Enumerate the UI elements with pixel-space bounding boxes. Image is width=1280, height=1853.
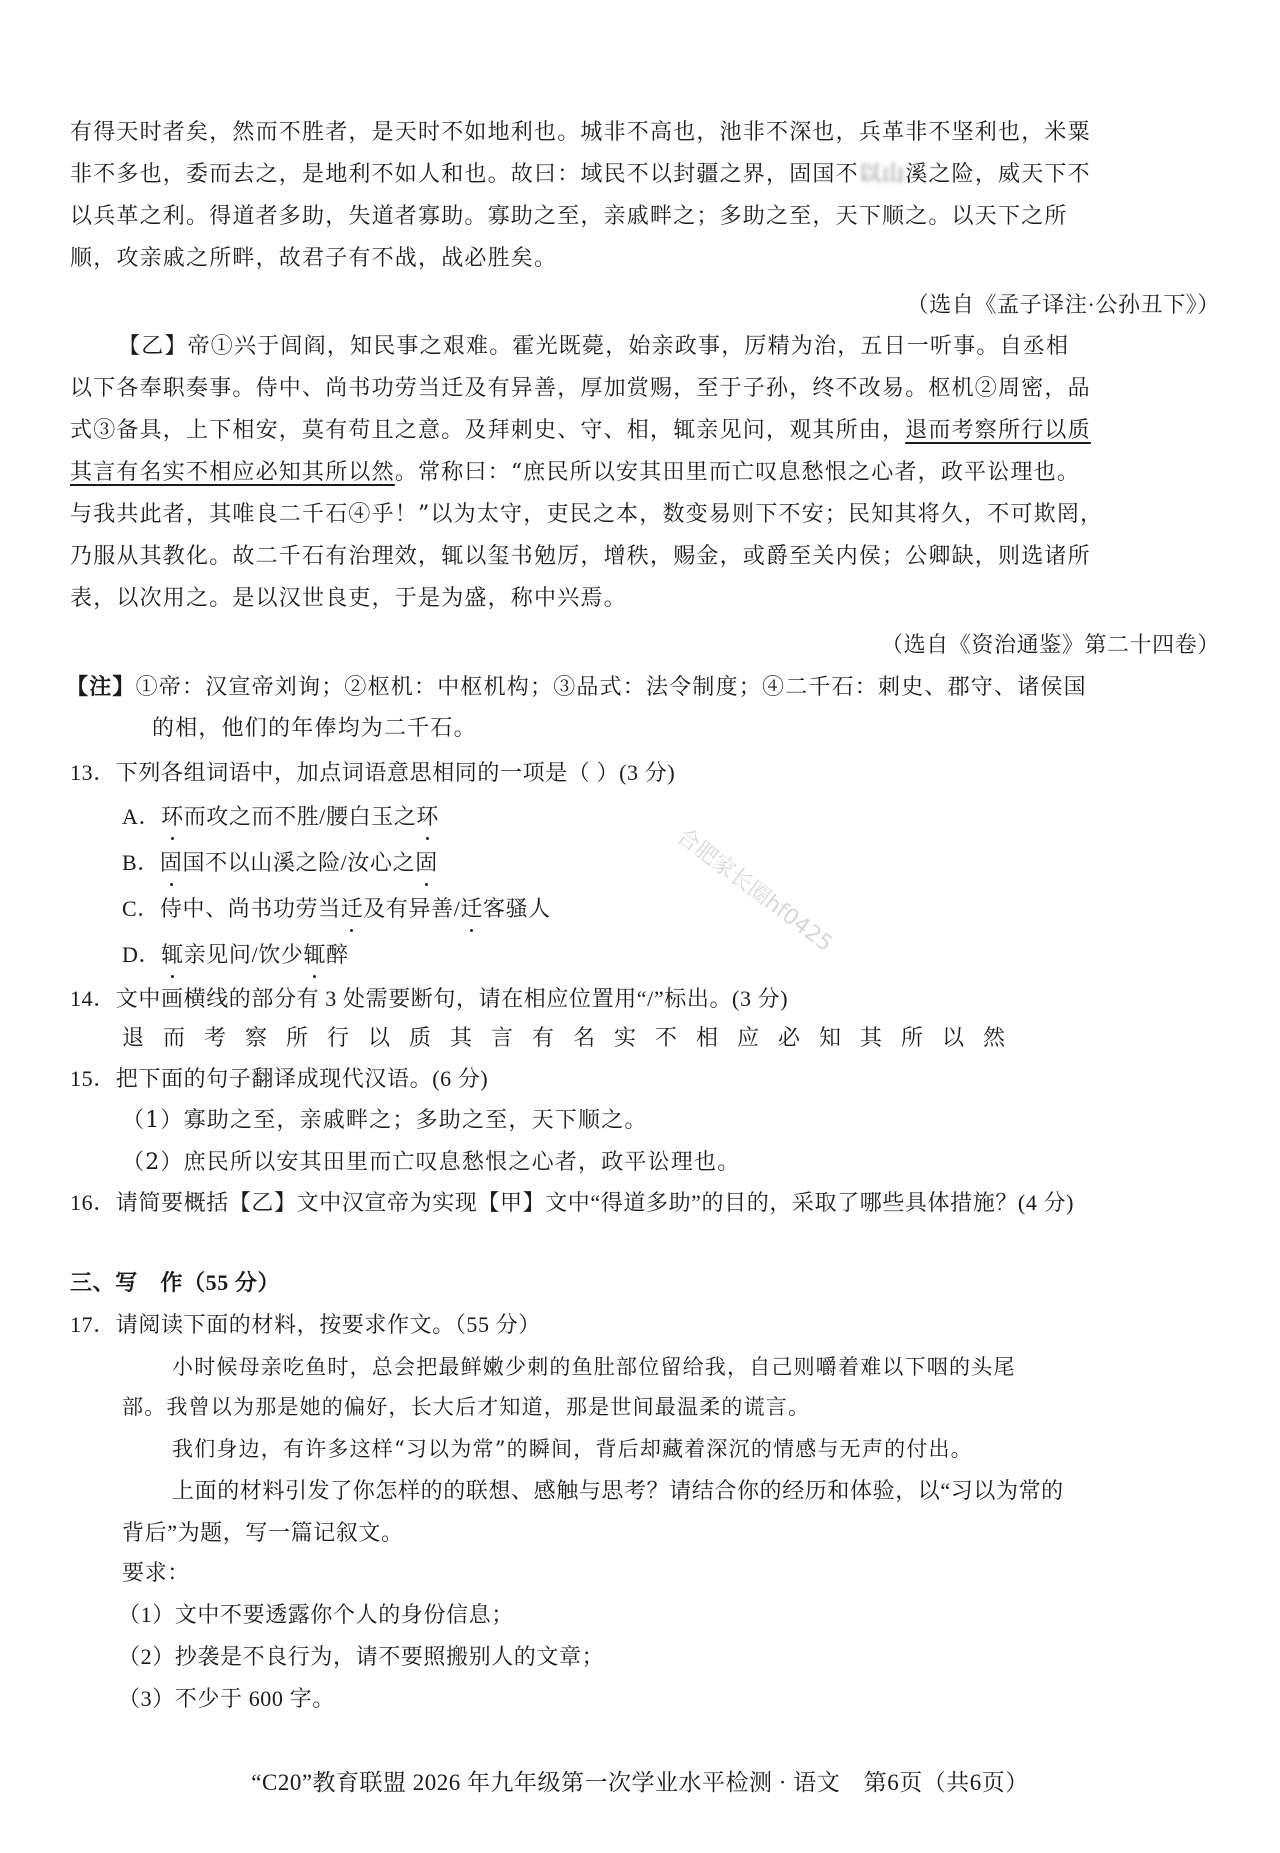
passage-yi-line-5: 与我共此者，其唯良二千石④乎！”以为太守，吏民之本，数变易则下不安；民知其将久，… bbox=[70, 500, 1220, 530]
passage-yi-line-7: 表，以次用之。是以汉世良吏，于是为盛，称中兴焉。 bbox=[70, 584, 1220, 614]
passage-yi-line-1: 【乙】帝①兴于闾阎，知民事之艰难。霍光既薨，始亲政事，厉精为治，五日一听事。自丞… bbox=[70, 332, 1220, 362]
option-label: C． bbox=[122, 896, 160, 921]
watermark: 合肥家长圈hf0425 bbox=[671, 820, 840, 958]
option-text: 客骚人 bbox=[483, 896, 551, 921]
passage-jia-line-2b: 溪之险，威天下不 bbox=[905, 162, 1091, 187]
dotted-word: 辄 bbox=[161, 940, 184, 970]
option-text: 国不以山溪之险/汝心之 bbox=[182, 850, 415, 875]
dotted-word: 迁 bbox=[460, 894, 483, 924]
q13-option-c: C．侍中、尚书功劳当迁及有异善/迁客骚人 bbox=[122, 894, 1272, 924]
page-footer: “C20”教育联盟 2026 年九年级第一次学业水平检测 · 语文 第6页（共6… bbox=[0, 1768, 1280, 1798]
option-text: 侍中、尚书功劳当 bbox=[160, 896, 341, 921]
q17-requirement-1: （1）文中不要透露你个人的身份信息； bbox=[118, 1600, 1268, 1630]
q17-material-3: 我们身边，有许多这样“习以为常”的瞬间，背后却藏着深沉的情感与无声的付出。 bbox=[172, 1434, 1280, 1464]
passage-yi-line-4: 其言有名实不相应必知其所以然。常称曰：“庶民所以安其田里而亡叹息愁恨之心者，政平… bbox=[70, 458, 1220, 488]
q13-stem: 13．下列各组词语中，加点词语意思相同的一项是（ ）(3 分) bbox=[70, 758, 1220, 788]
passage-jia-line-2: 非不多也，委而去之，是地利不如人和也。故曰：域民不以封疆之界，固国不以山溪之险，… bbox=[70, 160, 1220, 190]
dotted-word: 辄 bbox=[303, 940, 326, 970]
option-label: D． bbox=[122, 942, 161, 967]
notes-line-2: 的相，他们的年俸均为二千石。 bbox=[152, 714, 1280, 744]
passage-jia-line-2a: 非不多也，委而去之，是地利不如人和也。故曰：域民不以封疆之界，固国不 bbox=[70, 162, 859, 187]
q13-option-a: A．环而攻之而不胜/腰白玉之环 bbox=[122, 802, 1272, 832]
q17-material-1: 小时候母亲吃鱼时，总会把最鲜嫩少刺的鱼肚部位留给我，自己则嚼着难以下咽的头尾 bbox=[172, 1352, 1280, 1382]
exam-page: 有得天时者矣，然而不胜者，是天时不如地利也。城非不高也，池非不深也，兵革非不坚利… bbox=[0, 0, 1280, 1853]
q16-stem: 16．请简要概括【乙】文中汉宣帝为实现【甲】文中“得道多助”的目的，采取了哪些具… bbox=[70, 1188, 1220, 1218]
underlined-sentence-part-1: 退而考察所行以质 bbox=[905, 418, 1091, 443]
q17-requirement-2: （2）抄袭是不良行为，请不要照搬别人的文章； bbox=[118, 1642, 1268, 1672]
dotted-word: 环 bbox=[161, 802, 184, 832]
q17-prompt-2: 背后”为题，写一篇记叙文。 bbox=[122, 1518, 1272, 1548]
underlined-sentence-part-2: 其言有名实不相应必知其所以然 bbox=[70, 460, 395, 485]
q15-stem: 15．把下面的句子翻译成现代汉语。(6 分) bbox=[70, 1064, 1220, 1094]
option-text: 亲见问/饮少 bbox=[184, 942, 304, 967]
passage-jia-line-1: 有得天时者矣，然而不胜者，是天时不如地利也。城非不高也，池非不深也，兵革非不坚利… bbox=[70, 118, 1220, 148]
notes-line-1: 【注】①帝：汉宣帝刘询；②枢机：中枢机构；③品式：法令制度；④二千石：刺史、郡守… bbox=[66, 672, 1216, 703]
q13-option-d: D．辄亲见问/饮少辄醉 bbox=[122, 940, 1272, 970]
dotted-word: 固 bbox=[160, 848, 183, 878]
option-text: 醉 bbox=[326, 942, 349, 967]
dotted-word: 迁 bbox=[341, 894, 364, 924]
q17-stem: 17．请阅读下面的材料，按要求作文。（55 分） bbox=[70, 1310, 1220, 1340]
passage-yi-line-2: 以下各奉职奏事。侍中、尚书功劳当迁及有异善，厚加赏赐，至于子孙，终不改易。枢机②… bbox=[70, 374, 1220, 404]
passage-jia-line-4: 顺，攻亲戚之所畔，故君子有不战，战必胜矣。 bbox=[70, 244, 1220, 274]
blurred-text: 以山 bbox=[859, 160, 905, 190]
q14-stem: 14．文中画横线的部分有 3 处需要断句，请在相应位置用“/”标出。(3 分) bbox=[70, 984, 1220, 1014]
q17-prompt-1: 上面的材料引发了你怎样的的联想、感触与思考？请结合你的经历和体验，以“习以为常的 bbox=[172, 1476, 1280, 1506]
notes-label: 【注】 bbox=[66, 674, 136, 700]
q15-item-2: （2）庶民所以安其田里而亡叹息愁恨之心者，政平讼理也。 bbox=[122, 1148, 1272, 1178]
q13-option-b: B．固国不以山溪之险/汝心之固 bbox=[122, 848, 1272, 878]
dotted-word: 固 bbox=[415, 848, 438, 878]
option-text: 而攻之而不胜/腰白玉之 bbox=[184, 804, 417, 829]
passage-yi-line-6: 乃服从其教化。故二千石有治理效，辄以玺书勉厉，增秩，赐金，或爵至关内侯；公卿缺，… bbox=[70, 542, 1220, 572]
q14-sentence: 退而考察所行以质其言有名实不相应必知其所以然 bbox=[122, 1024, 1272, 1054]
option-label: B． bbox=[122, 850, 160, 875]
passage-jia-line-3: 以兵革之利。得道者多助，失道者寡助。寡助之至，亲戚畔之；多助之至，天下顺之。以天… bbox=[70, 202, 1220, 232]
dotted-word: 环 bbox=[416, 802, 439, 832]
notes-text-1: ①帝：汉宣帝刘询；②枢机：中枢机构；③品式：法令制度；④二千石：刺史、郡守、诸侯… bbox=[136, 675, 1087, 700]
section-3-title: 三、写 作（55 分） bbox=[70, 1268, 1220, 1298]
passage-yi-line-4b: 。常称曰：“庶民所以安其田里而亡叹息愁恨之心者，政平讼理也。 bbox=[395, 460, 1080, 485]
passage-yi-line-3a: 式③备具，上下相安，莫有苟且之意。及拜刺史、守、相，辄亲见问，观其所由， bbox=[70, 418, 905, 443]
passage-yi-source: （选自《资治通鉴》第二十四卷） bbox=[70, 630, 1220, 660]
passage-yi-line-3: 式③备具，上下相安，莫有苟且之意。及拜刺史、守、相，辄亲见问，观其所由，退而考察… bbox=[70, 416, 1220, 446]
q17-requirements-label: 要求： bbox=[122, 1558, 1272, 1588]
option-label: A． bbox=[122, 804, 161, 829]
option-text: 及有异善/ bbox=[363, 896, 460, 921]
q15-item-1: （1）寡助之至，亲戚畔之；多助之至，天下顺之。 bbox=[122, 1106, 1272, 1136]
q17-material-2: 部。我曾以为那是她的偏好，长大后才知道，那是世间最温柔的谎言。 bbox=[122, 1392, 1272, 1422]
passage-jia-source: （选自《孟子译注·公孙丑下》） bbox=[70, 290, 1220, 320]
q17-requirement-3: （3）不少于 600 字。 bbox=[118, 1684, 1268, 1714]
